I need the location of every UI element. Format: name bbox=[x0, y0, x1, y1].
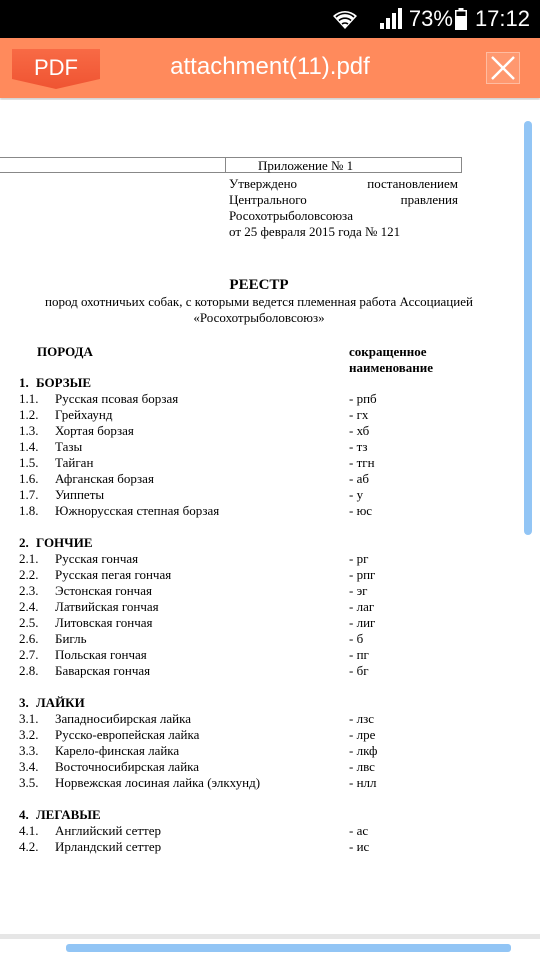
row-number: 2.5. bbox=[19, 615, 39, 631]
row-number: 2.1. bbox=[19, 551, 39, 567]
column-header-line: наименование bbox=[349, 360, 433, 376]
breed-abbreviation: - лаг bbox=[349, 599, 374, 615]
breed-name: Баварская гончая bbox=[55, 663, 150, 679]
registry-title: РЕЕСТР bbox=[0, 277, 518, 294]
breed-abbreviation: - хб bbox=[349, 423, 369, 439]
pdf-page[interactable]: Приложение № 1 Утверждено постановлением… bbox=[0, 100, 540, 936]
row-number: 3.1. bbox=[19, 711, 39, 727]
breed-name: Польская гончая bbox=[55, 647, 147, 663]
section-name: ЛАЙКИ bbox=[36, 695, 85, 710]
row-number: 1.4. bbox=[19, 439, 39, 455]
row-number: 3.2. bbox=[19, 727, 39, 743]
row-number: 1.6. bbox=[19, 471, 39, 487]
row-number: 2.8. bbox=[19, 663, 39, 679]
row-number: 1.7. bbox=[19, 487, 39, 503]
horizontal-scrollbar[interactable] bbox=[66, 944, 511, 952]
breed-row: 1.3.Хортая борзая- хб bbox=[0, 423, 500, 439]
breed-sections: 1.БОРЗЫЕ1.1.Русская псовая борзая- рпб1.… bbox=[0, 375, 500, 871]
row-number: 4.1. bbox=[19, 823, 39, 839]
breed-name: Английский сеттер bbox=[55, 823, 161, 839]
breed-abbreviation: - ас bbox=[349, 823, 368, 839]
breed-abbreviation: - лвс bbox=[349, 759, 375, 775]
breed-name: Бигль bbox=[55, 631, 87, 647]
breed-name: Афганская борзая bbox=[55, 471, 154, 487]
breed-abbreviation: - рг bbox=[349, 551, 368, 567]
breed-abbreviation: - юс bbox=[349, 503, 372, 519]
breed-name: Тайган bbox=[55, 455, 93, 471]
status-bar: 73% 17:12 bbox=[0, 0, 540, 38]
approval-text: постановлением bbox=[367, 176, 458, 192]
registry-subtitle-line: «Росохотрыболовсоюз» bbox=[0, 310, 518, 326]
breed-abbreviation: - тгн bbox=[349, 455, 375, 471]
breed-row: 4.2.Ирландский сеттер- ис bbox=[0, 839, 500, 855]
breed-row: 1.6.Афганская борзая- аб bbox=[0, 471, 500, 487]
pdf-badge[interactable]: PDF bbox=[12, 49, 100, 89]
row-number: 2.3. bbox=[19, 583, 39, 599]
breed-abbreviation: - бг bbox=[349, 663, 369, 679]
breed-abbreviation: - б bbox=[349, 631, 363, 647]
breed-row: 2.1.Русская гончая- рг bbox=[0, 551, 500, 567]
close-button[interactable] bbox=[486, 52, 520, 84]
attachment-label: Приложение № 1 bbox=[258, 158, 353, 174]
breed-row: 3.5.Норвежская лосиная лайка (элкхунд)- … bbox=[0, 775, 500, 791]
breed-name: Русская пегая гончая bbox=[55, 567, 171, 583]
breed-row: 2.6.Бигль- б bbox=[0, 631, 500, 647]
breed-row: 1.7.Уиппеты- у bbox=[0, 487, 500, 503]
breed-row: 1.4.Тазы- тз bbox=[0, 439, 500, 455]
breed-name: Русско-европейская лайка bbox=[55, 727, 199, 743]
breed-abbreviation: - лкф bbox=[349, 743, 377, 759]
row-number: 1.3. bbox=[19, 423, 39, 439]
breed-abbreviation: - ис bbox=[349, 839, 369, 855]
row-number: 1.1. bbox=[19, 391, 39, 407]
row-number: 2.2. bbox=[19, 567, 39, 583]
battery-percent: 73% bbox=[409, 6, 453, 32]
breed-name: Ирландский сеттер bbox=[55, 839, 161, 855]
breed-section: 4.ЛЕГАВЫЕ4.1.Английский сеттер- ас4.2.Ир… bbox=[0, 807, 500, 855]
breed-name: Грейхаунд bbox=[55, 407, 112, 423]
document-title: attachment(11).pdf bbox=[120, 53, 420, 81]
row-number: 3.5. bbox=[19, 775, 39, 791]
breed-abbreviation: - эг bbox=[349, 583, 368, 599]
registry-subtitle: пород охотничьих собак, с которыми ведет… bbox=[0, 294, 518, 326]
breed-section: 2.ГОНЧИЕ2.1.Русская гончая- рг2.2.Русска… bbox=[0, 535, 500, 679]
pdf-badge-label: PDF bbox=[12, 55, 100, 81]
breed-abbreviation: - у bbox=[349, 487, 363, 503]
breed-name: Южнорусская степная борзая bbox=[55, 503, 219, 519]
section-number: 1. bbox=[19, 375, 36, 391]
breed-abbreviation: - рпб bbox=[349, 391, 377, 407]
section-number: 2. bbox=[19, 535, 36, 551]
section-name: ГОНЧИЕ bbox=[36, 535, 93, 550]
breed-row: 2.2.Русская пегая гончая- рпг bbox=[0, 567, 500, 583]
breed-abbreviation: - лре bbox=[349, 727, 375, 743]
breed-row: 3.3.Карело-финская лайка- лкф bbox=[0, 743, 500, 759]
row-number: 2.6. bbox=[19, 631, 39, 647]
approval-text: Центрального bbox=[229, 192, 307, 208]
section-title: 2.ГОНЧИЕ bbox=[0, 535, 500, 551]
clock: 17:12 bbox=[475, 6, 530, 32]
breed-abbreviation: - лиг bbox=[349, 615, 375, 631]
section-number: 4. bbox=[19, 807, 36, 823]
wifi-icon bbox=[331, 8, 359, 30]
horizontal-scroll-track bbox=[0, 934, 540, 939]
breed-abbreviation: - тз bbox=[349, 439, 368, 455]
breed-row: 2.4.Латвийская гончая- лаг bbox=[0, 599, 500, 615]
breed-abbreviation: - лзс bbox=[349, 711, 374, 727]
breed-row: 3.1.Западносибирская лайка- лзс bbox=[0, 711, 500, 727]
section-name: БОРЗЫЕ bbox=[36, 375, 91, 390]
breed-row: 2.5.Литовская гончая- лиг bbox=[0, 615, 500, 631]
approval-block: Утверждено постановлением Центрального п… bbox=[229, 176, 458, 240]
breed-abbreviation: - пг bbox=[349, 647, 369, 663]
breed-row: 1.1.Русская псовая борзая- рпб bbox=[0, 391, 500, 407]
row-number: 1.5. bbox=[19, 455, 39, 471]
row-number: 1.2. bbox=[19, 407, 39, 423]
breed-name: Уиппеты bbox=[55, 487, 104, 503]
breed-row: 2.7.Польская гончая- пг bbox=[0, 647, 500, 663]
close-icon bbox=[490, 55, 516, 81]
breed-row: 3.4.Восточносибирская лайка- лвс bbox=[0, 759, 500, 775]
column-header-line: сокращенное bbox=[349, 344, 433, 360]
approval-text: Утверждено bbox=[229, 176, 297, 192]
approval-date: от 25 февраля 2015 года № 121 bbox=[229, 224, 458, 240]
breed-name: Русская псовая борзая bbox=[55, 391, 178, 407]
breed-row: 2.8.Баварская гончая- бг bbox=[0, 663, 500, 679]
breed-name: Русская гончая bbox=[55, 551, 138, 567]
breed-abbreviation: - рпг bbox=[349, 567, 375, 583]
row-number: 2.4. bbox=[19, 599, 39, 615]
breed-name: Хортая борзая bbox=[55, 423, 134, 439]
breed-name: Карело-финская лайка bbox=[55, 743, 179, 759]
breed-row: 1.8.Южнорусская степная борзая- юс bbox=[0, 503, 500, 519]
breed-name: Латвийская гончая bbox=[55, 599, 159, 615]
breed-abbreviation: - аб bbox=[349, 471, 369, 487]
battery-icon bbox=[455, 8, 467, 30]
section-title: 4.ЛЕГАВЫЕ bbox=[0, 807, 500, 823]
approval-text: правления bbox=[401, 192, 458, 208]
breed-row: 1.5.Тайган- тгн bbox=[0, 455, 500, 471]
attachment-table bbox=[0, 157, 462, 173]
column-header-abbreviation: сокращенное наименование bbox=[349, 344, 433, 376]
table-divider bbox=[225, 158, 226, 172]
breed-section: 3.ЛАЙКИ3.1.Западносибирская лайка- лзс3.… bbox=[0, 695, 500, 791]
breed-name: Западносибирская лайка bbox=[55, 711, 191, 727]
breed-row: 3.2.Русско-европейская лайка- лре bbox=[0, 727, 500, 743]
row-number: 2.7. bbox=[19, 647, 39, 663]
breed-section: 1.БОРЗЫЕ1.1.Русская псовая борзая- рпб1.… bbox=[0, 375, 500, 519]
breed-row: 4.1.Английский сеттер- ас bbox=[0, 823, 500, 839]
breed-row: 2.3.Эстонская гончая- эг bbox=[0, 583, 500, 599]
breed-row: 1.2.Грейхаунд- гх bbox=[0, 407, 500, 423]
approval-text: Росохотрыболовсоюза bbox=[229, 208, 458, 224]
registry-subtitle-line: пород охотничьих собак, с которыми ведет… bbox=[0, 294, 518, 310]
app-toolbar: PDF attachment(11).pdf bbox=[0, 38, 540, 98]
row-number: 3.4. bbox=[19, 759, 39, 775]
breed-name: Норвежская лосиная лайка (элкхунд) bbox=[55, 775, 260, 791]
section-title: 3.ЛАЙКИ bbox=[0, 695, 500, 711]
row-number: 4.2. bbox=[19, 839, 39, 855]
breed-abbreviation: - нлл bbox=[349, 775, 377, 791]
column-header-breed: ПОРОДА bbox=[37, 344, 93, 360]
breed-abbreviation: - гх bbox=[349, 407, 368, 423]
section-number: 3. bbox=[19, 695, 36, 711]
breed-name: Восточносибирская лайка bbox=[55, 759, 199, 775]
row-number: 3.3. bbox=[19, 743, 39, 759]
breed-name: Тазы bbox=[55, 439, 82, 455]
breed-name: Эстонская гончая bbox=[55, 583, 152, 599]
breed-name: Литовская гончая bbox=[55, 615, 153, 631]
section-title: 1.БОРЗЫЕ bbox=[0, 375, 500, 391]
vertical-scrollbar[interactable] bbox=[524, 121, 532, 535]
section-name: ЛЕГАВЫЕ bbox=[36, 807, 101, 822]
row-number: 1.8. bbox=[19, 503, 39, 519]
cell-signal-icon bbox=[379, 8, 403, 30]
